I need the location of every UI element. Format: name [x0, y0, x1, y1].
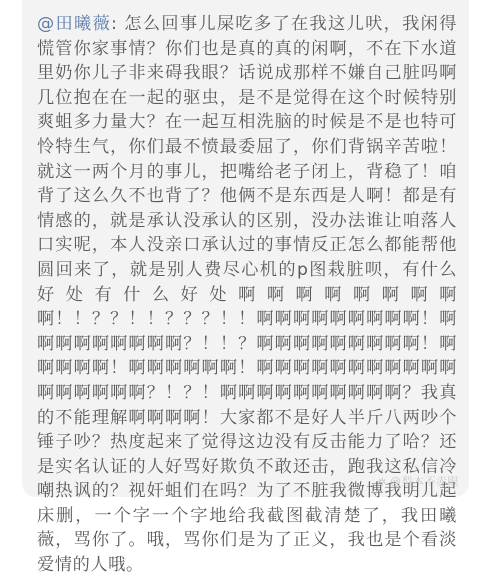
- comment-text: @田曦薇: 怎么回事儿屎吃多了在我这儿吠，我闲得慌管你家事情？你们也是真的真的闲…: [37, 12, 457, 500]
- watermark: ✲@梨本不赤眼: [378, 473, 459, 489]
- watermark-text: @梨本不赤眼: [390, 475, 459, 488]
- user-mention-link[interactable]: @田曦薇: [37, 14, 111, 34]
- weibo-logo-icon: ✲: [378, 477, 387, 488]
- comment-card: @田曦薇: 怎么回事儿屎吃多了在我这儿吠，我闲得慌管你家事情？你们也是真的真的闲…: [22, 0, 469, 497]
- mention-separator: :: [111, 14, 124, 34]
- comment-body: 怎么回事儿屎吃多了在我这儿吠，我闲得慌管你家事情？你们也是真的真的闲啊，不在下水…: [37, 14, 457, 500]
